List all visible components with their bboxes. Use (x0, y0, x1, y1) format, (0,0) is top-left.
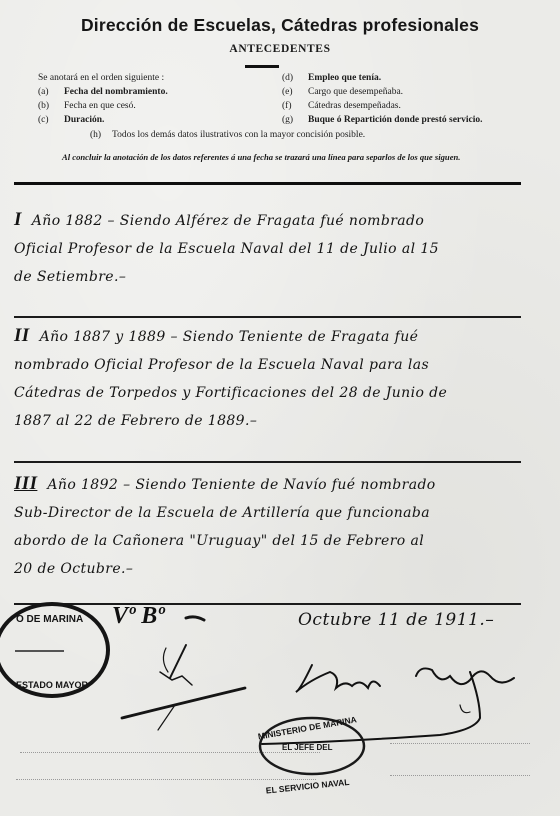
stamp-left-bottom-text: ESTADO MAYOR (16, 680, 89, 690)
initials-scribble (122, 617, 245, 730)
stamp-left: O DE MARINA ESTADO MAYOR (0, 604, 108, 696)
stamp-right-bottom-text: EL SERVICIO NAVAL (265, 777, 350, 796)
document-page: Dirección de Escuelas, Cátedras profesio… (0, 0, 560, 816)
stamp-right: MINISTERIO DE MARINA EL JEFE DEL EL SERV… (257, 714, 364, 795)
footer-graphics: O DE MARINA ESTADO MAYOR MINISTERIO DE M… (0, 0, 560, 816)
stamp-right-center-text: EL JEFE DEL (282, 743, 333, 752)
stamp-left-top-text: O DE MARINA (16, 614, 83, 625)
